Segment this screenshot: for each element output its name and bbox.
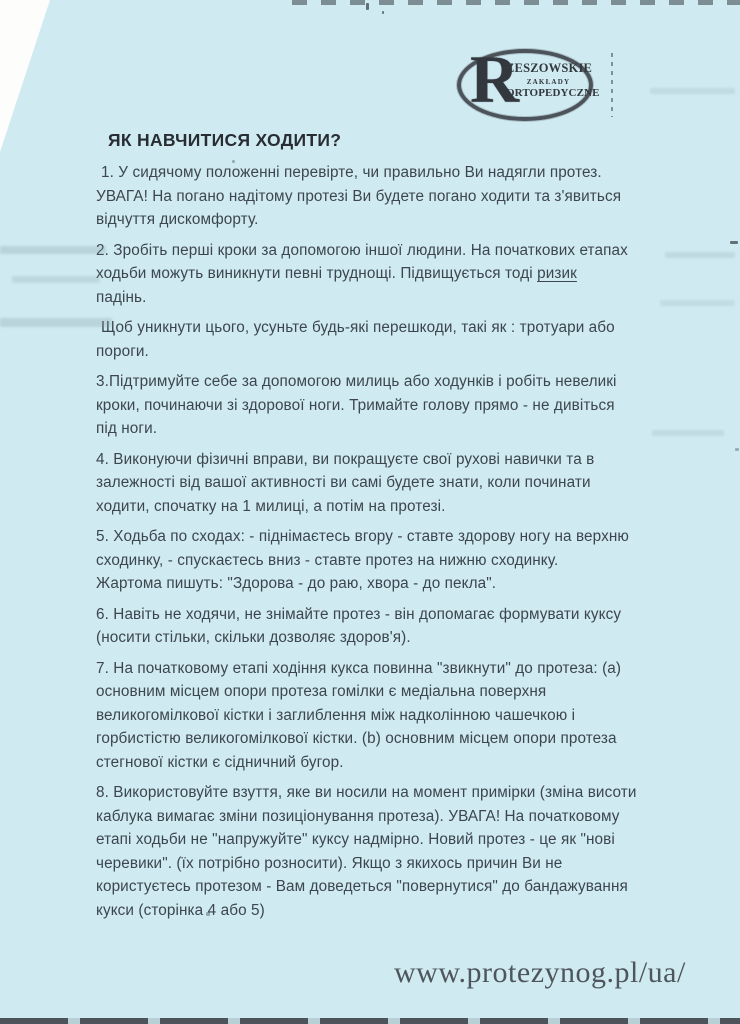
scan-smudge	[0, 318, 112, 327]
scan-smudge	[650, 88, 735, 94]
scan-artifact-bottom-edge	[0, 1018, 740, 1024]
rzeszowskie-zaklady-ortopedyczne-logo: R ZESZOWSKIE ZAKŁADY ORTOPEDYCZNE	[457, 49, 593, 121]
paragraph-2-text-after: падінь.	[96, 289, 146, 306]
scan-smudge	[0, 246, 106, 254]
paragraph-8: 8. Використовуйте взуття, яке ви носили …	[96, 781, 688, 922]
scan-speck	[232, 160, 235, 163]
document-title: ЯК НАВЧИТИСЯ ХОДИТИ?	[108, 130, 688, 151]
scan-speck	[735, 448, 739, 451]
scanned-paper-page: R ZESZOWSKIE ZAKŁADY ORTOPEDYCZNE ЯК НАВ…	[0, 0, 740, 1024]
scan-speck	[730, 241, 738, 244]
paragraph-3-text: 3.Підтримуйте себе за допомогою милиць а…	[96, 373, 617, 437]
logo-word-zaklady: ZAKŁADY	[506, 78, 591, 86]
paragraph-4-text: 4. Виконуючи фізичні вправи, ви покращує…	[96, 451, 594, 515]
paragraph-7-text: 7. На початковому етапі ходіння кукса по…	[96, 660, 621, 771]
paragraph-6: 6. Навіть не ходячи, не знімайте протез …	[96, 603, 688, 650]
scan-artifact-dotted-line	[611, 53, 613, 117]
paragraph-1-text: 1. У сидячому положенні перевірте, чи пр…	[96, 164, 621, 228]
underlined-word-ryzyk: ризик	[537, 265, 577, 282]
scan-artifact-top-edge	[292, 0, 740, 5]
scan-speck	[206, 912, 210, 916]
scan-smudge	[652, 430, 724, 436]
logo-wordmark: ZESZOWSKIE ZAKŁADY ORTOPEDYCZNE	[506, 61, 591, 99]
paragraph-7: 7. На початковому етапі ходіння кукса по…	[96, 657, 688, 775]
scan-smudge	[665, 252, 735, 258]
paragraph-6-text: 6. Навіть не ходячи, не знімайте протез …	[96, 606, 621, 647]
logo-word-ortopedyczne: ORTOPEDYCZNE	[506, 87, 591, 99]
paragraph-4: 4. Виконуючи фізичні вправи, ви покращує…	[96, 448, 688, 519]
scan-smudge	[660, 300, 735, 306]
paragraph-2-continuation: Щоб уникнути цього, усуньте будь-які пер…	[96, 316, 688, 363]
document-body: ЯК НАВЧИТИСЯ ХОДИТИ? 1. У сидячому полож…	[96, 130, 688, 929]
paragraph-8-text: 8. Використовуйте взуття, яке ви носили …	[96, 784, 637, 919]
paragraph-1: 1. У сидячому положенні перевірте, чи пр…	[96, 161, 688, 232]
paragraph-5: 5. Ходьба по сходах: - піднімаєтесь вгор…	[96, 525, 688, 596]
scan-speck	[382, 11, 384, 14]
footer-url: www.protezynog.pl/ua/	[394, 956, 686, 990]
scan-smudge	[12, 276, 100, 283]
paragraph-3: 3.Підтримуйте себе за допомогою милиць а…	[96, 370, 688, 441]
paragraph-5-text: 5. Ходьба по сходах: - піднімаєтесь вгор…	[96, 528, 629, 592]
paragraph-2b-text: Щоб уникнути цього, усуньте будь-які пер…	[96, 319, 615, 360]
scan-speck	[366, 3, 369, 10]
logo-word-zeszowskie: ZESZOWSKIE	[506, 61, 591, 76]
paragraph-2: 2. Зробіть перші кроки за допомогою іншо…	[96, 239, 688, 310]
